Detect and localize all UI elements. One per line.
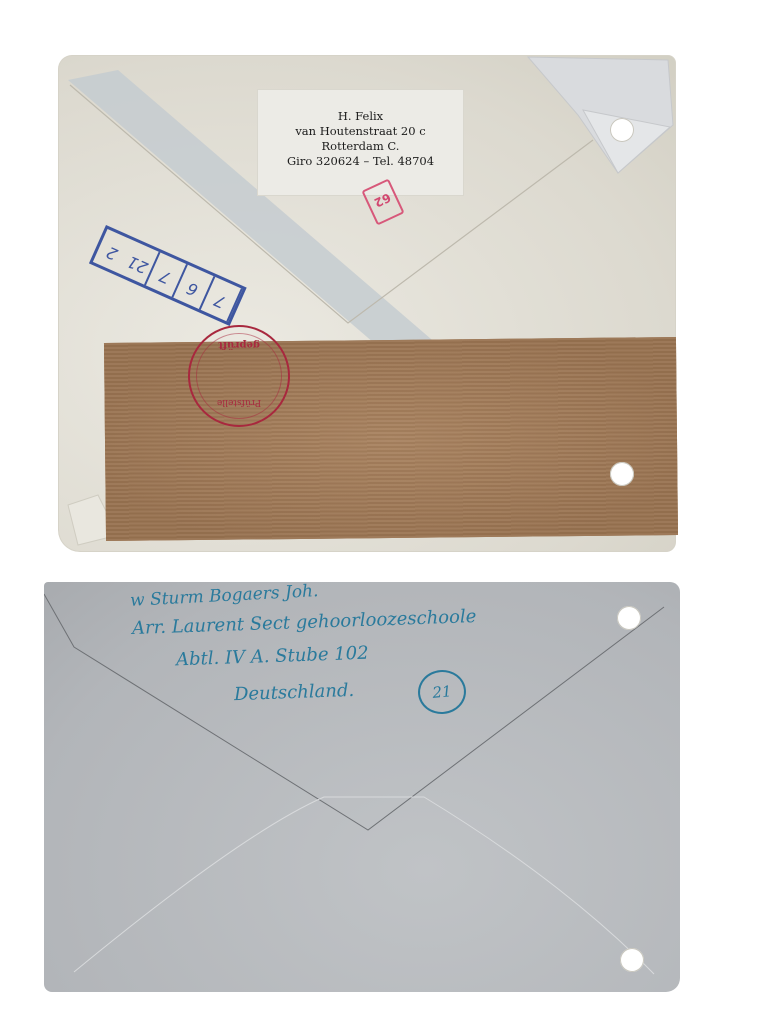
red-circular-censor-stamp: geprüft Prüfstelle: [188, 325, 290, 427]
handwritten-line-4: Deutschland.: [234, 680, 355, 705]
stamp-top-text: geprüft: [190, 339, 288, 350]
label-line-giro: Giro 320624 – Tel. 48704: [258, 154, 463, 169]
bottom-envelope-back: w Sturm Bogaers Joh. Arr. Laurent Sect g…: [44, 582, 680, 992]
return-address-label: H. Felix van Houtenstraat 20 c Rotterdam…: [258, 90, 463, 195]
stamp-bottom-text: Prüfstelle: [190, 397, 288, 407]
punch-hole: [620, 948, 644, 972]
punch-hole: [617, 606, 641, 630]
label-line-street: van Houtenstraat 20 c: [258, 124, 463, 139]
label-line-city: Rotterdam C.: [258, 139, 463, 154]
punch-hole: [610, 118, 634, 142]
punch-hole: [610, 462, 634, 486]
label-line-name: H. Felix: [258, 109, 463, 124]
top-envelope-back: H. Felix van Houtenstraat 20 c Rotterdam…: [58, 55, 676, 552]
